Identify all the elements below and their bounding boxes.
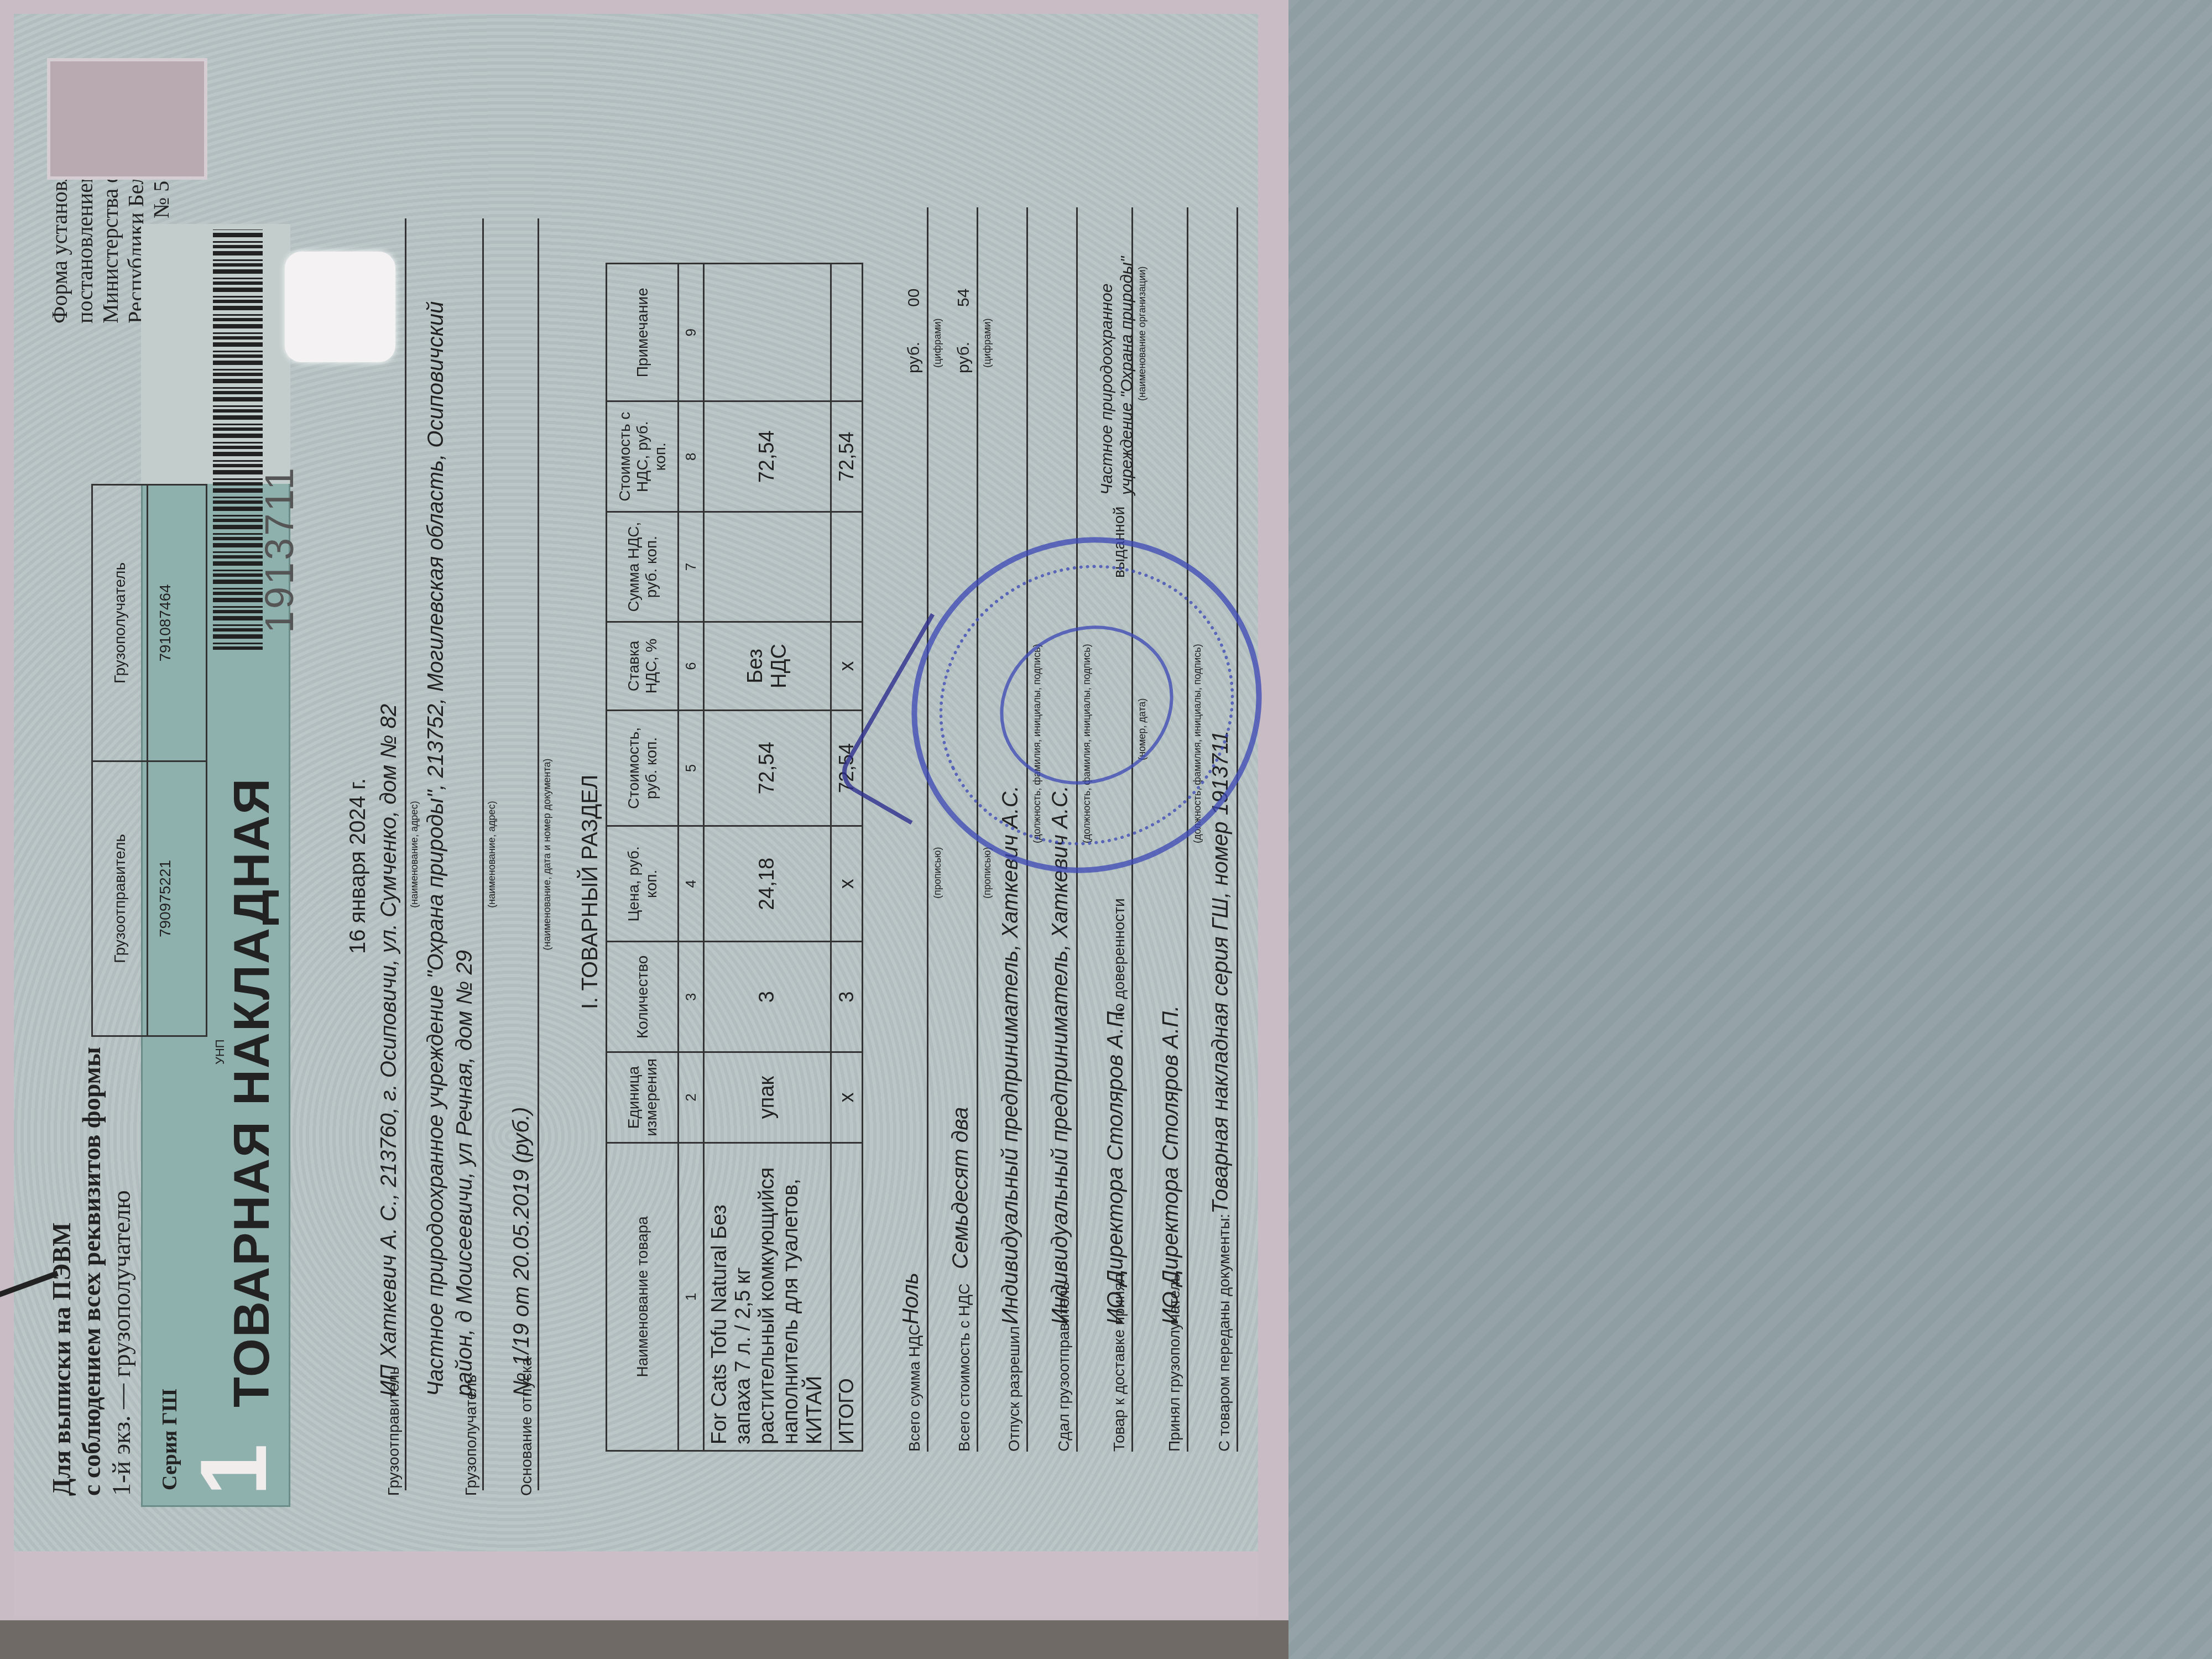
item-vat-sum <box>704 512 831 622</box>
item-quantity: 3 <box>704 942 831 1052</box>
documents-label: С товаром переданы документы: <box>1215 1214 1233 1452</box>
total-vat-rate: х <box>831 622 863 711</box>
document-date: 16 января 2024 г. <box>346 778 371 954</box>
shipper-field: Грузоотправитель ИП Хаткевич А. С., 2137… <box>368 218 406 1490</box>
column-header: Ставка НДС, % <box>607 622 679 711</box>
rub-label: руб. <box>954 342 973 373</box>
field-hint: (прописью) <box>932 847 943 899</box>
dark-edge <box>0 1620 1288 1659</box>
item-vat-rate: Без НДС <box>704 622 831 711</box>
column-number: 7 <box>679 512 704 622</box>
consignee-unp-value: 791087464 <box>156 486 174 760</box>
security-patch <box>47 58 207 180</box>
total-price: х <box>831 826 863 942</box>
column-number: 3 <box>679 942 704 1052</box>
copy-number: 1 <box>180 1443 288 1496</box>
vat-total-label: Всего сумма НДС <box>906 1324 924 1452</box>
cost-total-label: Всего стоимость с НДС <box>956 1284 973 1452</box>
issued-value: Частное природоохранное учреждение "Охра… <box>1097 207 1137 495</box>
proxy-label: по доверенности <box>1110 898 1128 1020</box>
barcode <box>213 229 263 650</box>
column-number: 8 <box>679 401 704 512</box>
cost-total-kop: 54 <box>954 289 973 307</box>
total-cost-with-vat: 72,54 <box>831 401 863 512</box>
shipper-unp-header: Грузоотправитель <box>93 762 148 1035</box>
column-header: Количество <box>607 942 679 1052</box>
vat-total-row: Всего сумма НДС Ноль (прописью) руб. 00 … <box>893 207 928 1452</box>
field-hint: (наименование, дата и номер документа) <box>541 218 553 1490</box>
consignee-unp-cell: Грузополучатель 791087464 <box>93 486 206 760</box>
column-header: Примечание <box>607 264 679 401</box>
unp-label: УНП <box>213 1039 227 1065</box>
column-header: Наименование товара <box>607 1142 679 1451</box>
consignee-unp-header: Грузополучатель <box>93 486 148 760</box>
total-row: ИТОГО х 3 х 72,54 х 72,54 <box>831 264 863 1451</box>
column-number: 1 <box>679 1142 704 1451</box>
item-cost-with-vat: 72,54 <box>704 401 831 512</box>
cost-total-words: Семьдесят два <box>948 1107 973 1269</box>
column-number: 9 <box>679 264 704 401</box>
item-note <box>704 264 831 401</box>
column-header: Сумма НДС, руб. коп. <box>607 512 679 622</box>
field-hint: (наименование организации) <box>1136 266 1148 401</box>
table-header-row: Наименование товара Единица измерения Ко… <box>607 264 679 1451</box>
column-number: 6 <box>679 622 704 711</box>
shipper-unp-value: 790975221 <box>156 762 174 1035</box>
waybill-document: Для выписки на ПЭВМ с соблюдением всех р… <box>14 14 1258 1618</box>
total-quantity: 3 <box>831 942 863 1052</box>
column-header: Единица измерения <box>607 1052 679 1143</box>
consignee-value: Частное природоохранное учреждение "Охра… <box>421 235 479 1396</box>
column-number-row: 1 2 3 4 5 6 7 8 9 <box>679 264 704 1451</box>
table-surface <box>1272 0 2212 1659</box>
received-by-value: ИО Директора Столяров А.П. <box>1159 1005 1183 1324</box>
paper-margin <box>14 1551 1258 1618</box>
total-unit: х <box>831 1052 863 1143</box>
document-title: ТОВАРНАЯ НАКЛАДНАЯ <box>224 778 281 1407</box>
shipper-unp-cell: Грузоотправитель 790975221 <box>93 760 206 1035</box>
item-cost: 72,54 <box>704 710 831 826</box>
rub-label: руб. <box>905 342 924 373</box>
accepted-delivery-value: ИО Директора Столяров А.П. <box>1103 1005 1128 1324</box>
field-hint: (прописью) <box>982 847 993 899</box>
documents-row: С товаром переданы документы: Товарная н… <box>1203 207 1238 1452</box>
column-number: 4 <box>679 826 704 942</box>
shipper-value: ИП Хаткевич А. С., 213760, г. Осиповичи,… <box>377 704 401 1396</box>
field-hint: (цифрами) <box>932 318 943 368</box>
basis-value: № 1/19 от 20.05.2019 (руб.) <box>509 1107 534 1396</box>
instruction-line: с соблюдением всех реквизитов формы <box>77 1047 107 1496</box>
total-vat-sum <box>831 512 863 622</box>
total-label: ИТОГО <box>831 1142 863 1451</box>
field-hint: (наименование, адрес) <box>486 218 498 1490</box>
column-header: Цена, руб. коп. <box>607 826 679 942</box>
item-unit: упак <box>704 1052 831 1143</box>
release-allowed-value: Индивидуальный предприниматель, Хаткевич… <box>998 785 1023 1324</box>
vat-total-kop: 00 <box>905 289 924 307</box>
goods-table: Наименование товара Единица измерения Ко… <box>606 263 863 1452</box>
table-row: For Cats Tofu Natural Без запаха 7 л. / … <box>704 264 831 1451</box>
series-label: Серия ГШ <box>158 1389 182 1490</box>
unp-box: Грузоотправитель 790975221 Грузополучате… <box>91 484 207 1037</box>
basis-field: Основание отпуска № 1/19 от 20.05.2019 (… <box>500 218 539 1490</box>
vat-total-words: Ноль <box>899 1272 924 1324</box>
item-price: 24,18 <box>704 826 831 942</box>
column-number: 5 <box>679 710 704 826</box>
goods-section-title: I. ТОВАРНЫЙ РАЗДЕЛ <box>578 775 603 1009</box>
instruction-line: Для выписки на ПЭВМ <box>47 1047 77 1496</box>
column-header: Стоимость с НДС, руб. коп. <box>607 401 679 512</box>
copy-assignment: 1-й экз. — грузополучателю <box>107 1047 137 1496</box>
item-name: For Cats Tofu Natural Без запаха 7 л. / … <box>704 1142 831 1451</box>
release-allowed-label: Отпуск разрешил <box>1005 1326 1023 1452</box>
column-number: 2 <box>679 1052 704 1143</box>
total-note <box>831 264 863 401</box>
consignee-field: Грузополучатель Частное природоохранное … <box>412 218 484 1490</box>
document-number: 1913711 <box>257 466 302 633</box>
column-header: Стоимость, руб. коп. <box>607 710 679 826</box>
field-hint: (цифрами) <box>982 318 993 368</box>
